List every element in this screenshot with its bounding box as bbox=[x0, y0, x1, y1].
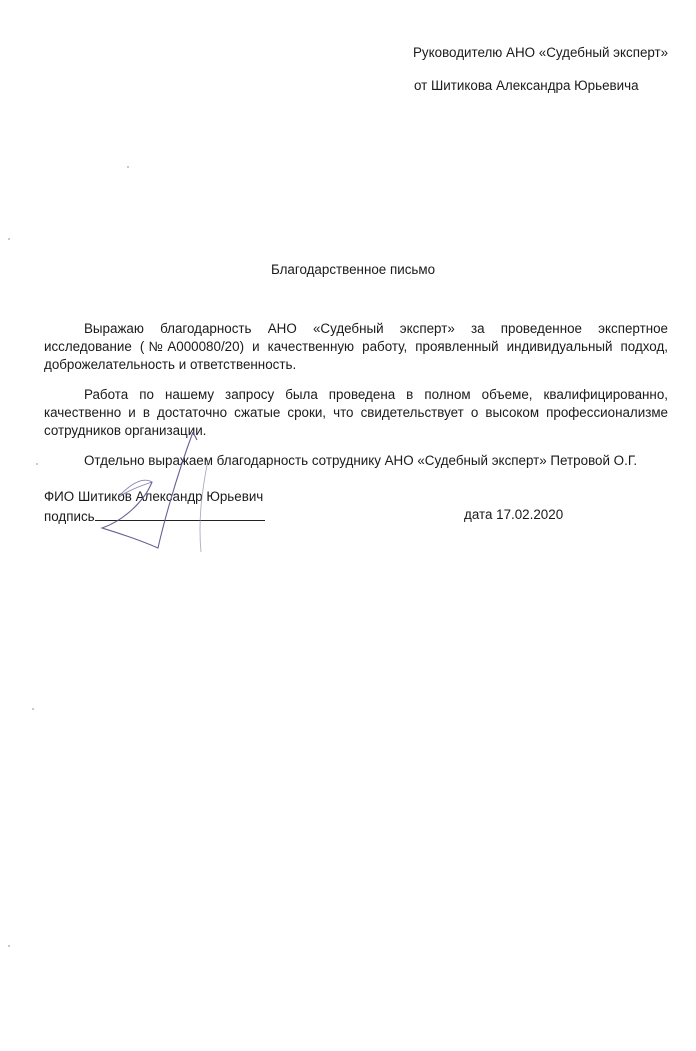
signer-name: ФИО Шитиков Александр Юрьевич bbox=[44, 489, 263, 505]
addressee-line: Руководителю АНО «Судебный эксперт» bbox=[413, 45, 668, 61]
body-paragraph-2: Работа по нашему запросу была проведена … bbox=[44, 386, 668, 440]
signature-label: подпись bbox=[44, 509, 95, 524]
scan-speck bbox=[32, 708, 34, 710]
letter-page: Руководителю АНО «Судебный эксперт» от Ш… bbox=[0, 0, 696, 1051]
scan-speck bbox=[36, 463, 38, 465]
scan-speck bbox=[8, 945, 10, 947]
letter-date: дата 17.02.2020 bbox=[464, 507, 563, 523]
signature-line bbox=[95, 507, 265, 521]
body-paragraph-3: Отдельно выражаем благодарность сотрудни… bbox=[44, 452, 668, 470]
body-paragraph-1: Выражаю благодарность АНО «Судебный эксп… bbox=[44, 320, 668, 374]
sender-line: от Шитикова Александра Юрьевича bbox=[414, 78, 639, 94]
scan-speck bbox=[8, 238, 10, 240]
scan-speck bbox=[127, 166, 129, 168]
signature-row: подпись bbox=[44, 507, 265, 525]
letter-title: Благодарственное письмо bbox=[0, 262, 696, 278]
